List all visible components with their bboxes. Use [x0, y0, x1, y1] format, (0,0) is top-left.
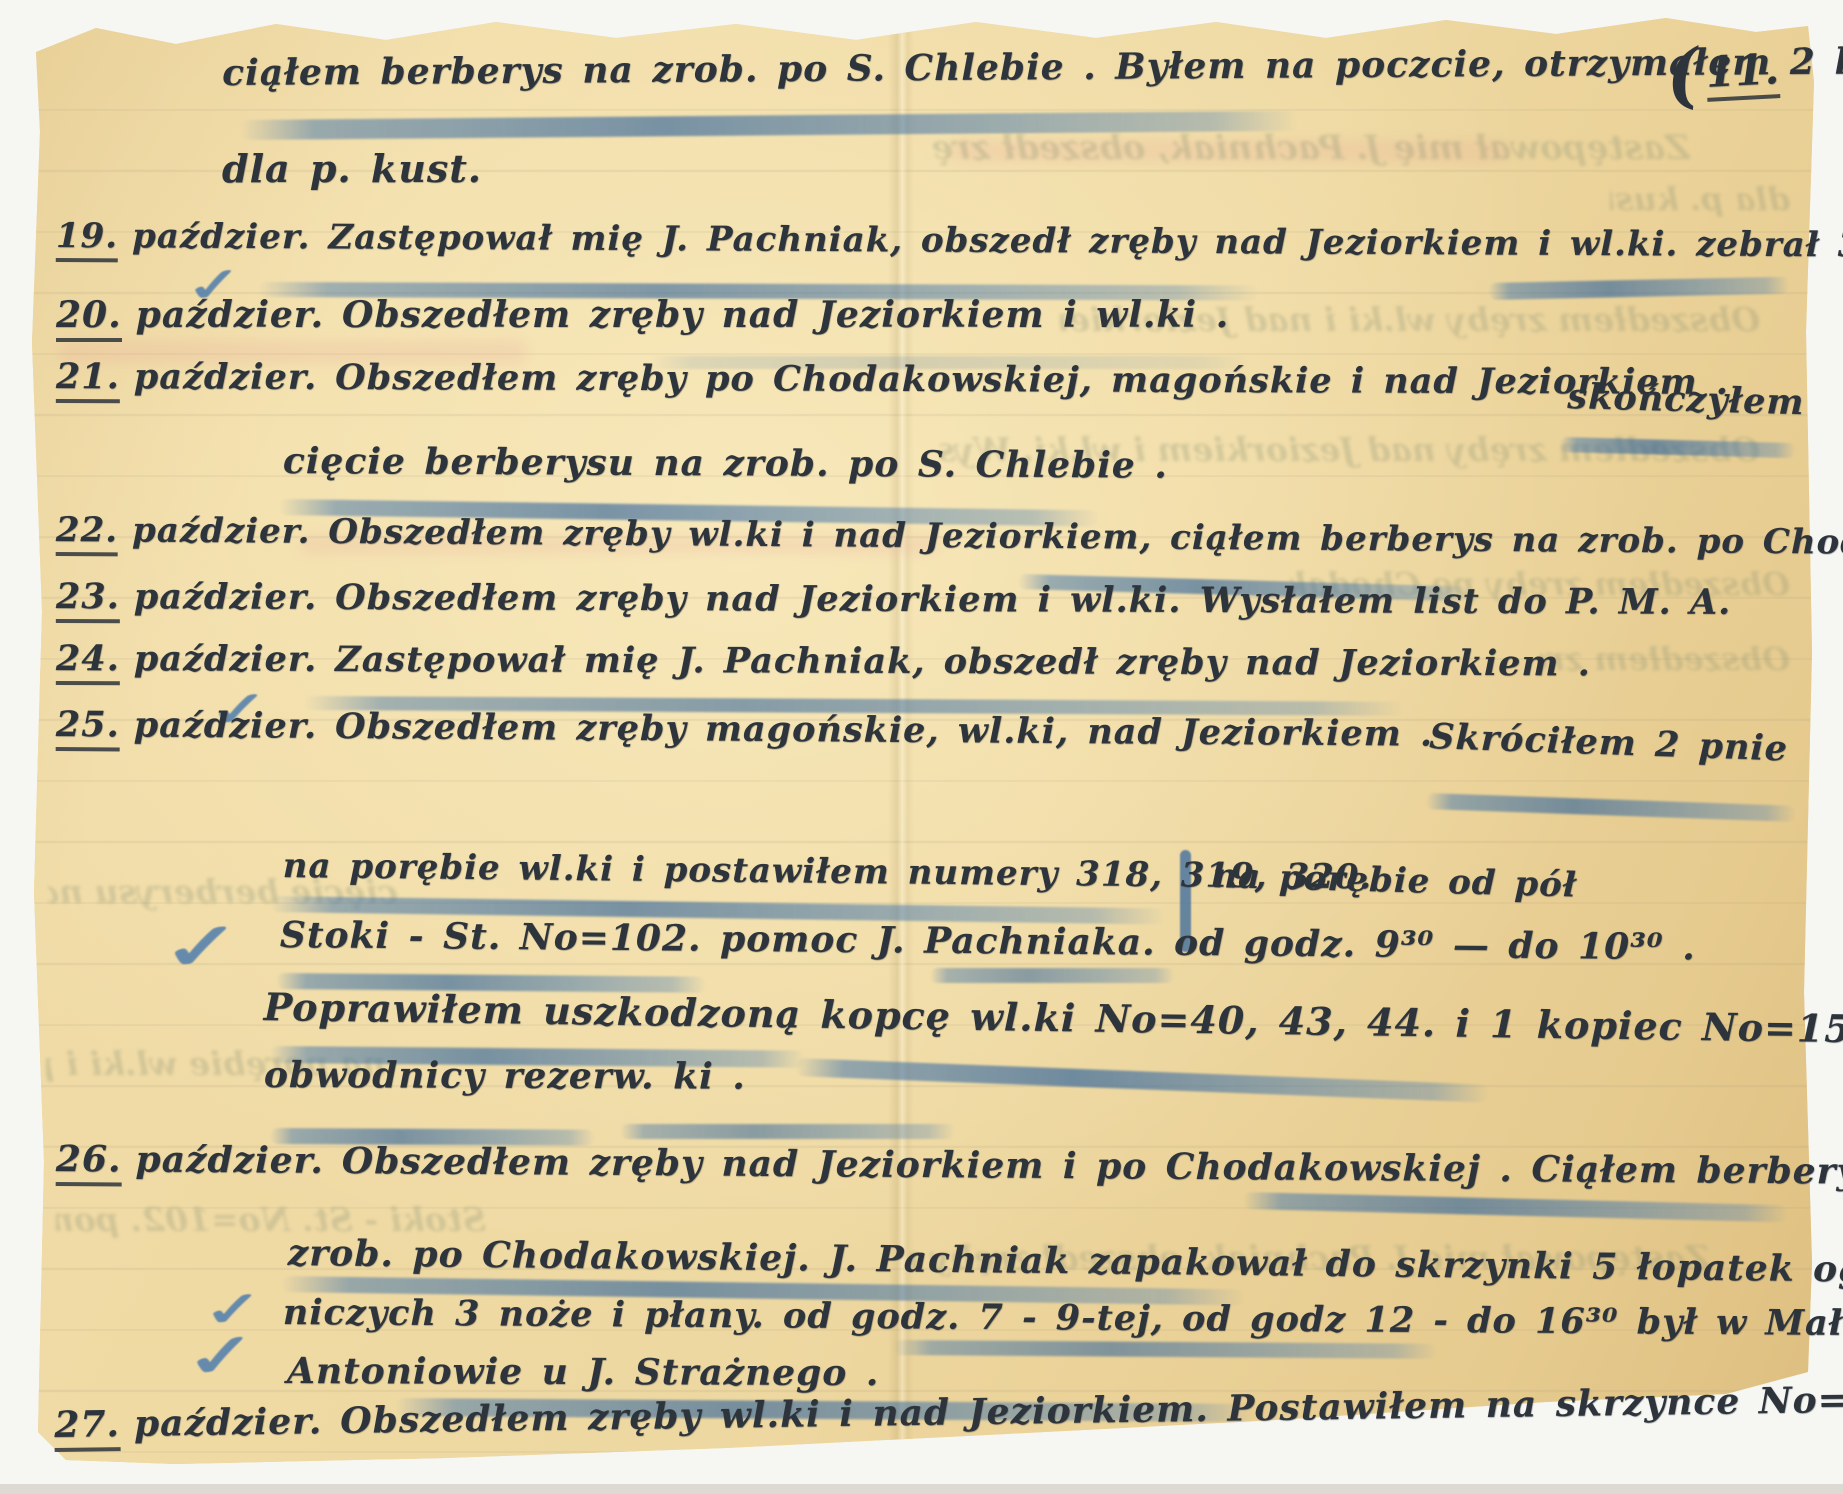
entry-text: Stoki - St. No=102. pomoc J. Pachniaka. …	[280, 914, 1696, 968]
entry-month: paździer.	[134, 1400, 323, 1445]
entry-text: na porębie wl.ki i postawiłem numery 318…	[283, 846, 1373, 897]
entry-day: 22.	[56, 510, 118, 556]
entry-text: Obszedłem zręby wl.ki i nad Jeziorkiem, …	[328, 512, 1843, 564]
entry-text: Obszedłem zręby nad Jeziorkiem i wl.ki. …	[335, 577, 1731, 623]
blue-crayon-underline	[1488, 277, 1790, 300]
entry-text: ciąłem berberys na zrob. po S. Chlebie .…	[222, 40, 1843, 94]
blue-crayon-underline	[240, 111, 1298, 140]
entry-day: 26.	[56, 1138, 122, 1186]
entry-month: paździer.	[132, 511, 311, 552]
journal-line: 25.paździer.Obszedłem zręby magońskie, w…	[56, 704, 1434, 755]
blue-check-mark: ✓	[182, 1324, 260, 1387]
entry-text: dla p. kust.	[222, 146, 482, 191]
entry-text: Obszedłem zręby po Chodakowskiej, magońs…	[335, 357, 1729, 403]
entry-day: 23.	[56, 576, 120, 623]
entry-month: paździer.	[134, 356, 318, 398]
journal-line: Antoniowie u J. Strażnego .	[287, 1350, 880, 1394]
entry-day: 20.	[56, 294, 122, 342]
entry-day: 27.	[54, 1403, 120, 1452]
entry-text: Obszedłem zręby nad Jeziorkiem i wl.ki .	[342, 294, 1229, 336]
journal-line: niczych 3 noże i płany. od godz. 7 - 9-t…	[283, 1292, 1843, 1344]
entry-day: 25.	[56, 704, 120, 751]
entry-text: obwodnicy rezerw. ki .	[264, 1054, 746, 1098]
page-number-value: 11.	[1705, 44, 1781, 102]
entry-text: Obszedłem zręby magońskie, wl.ki, nad Je…	[335, 706, 1433, 755]
scanned-page: Zastępował mię J. Pachniak, obszedł zręb…	[0, 0, 1843, 1494]
journal-line: 24.paździer.Zastępował mię J. Pachniak, …	[56, 638, 1591, 684]
pink-smear	[950, 140, 1510, 162]
blue-crayon-underline	[1426, 793, 1796, 822]
entry-text: Zastępował mię J. Pachniak, obszedł zręb…	[328, 217, 1843, 266]
blue-crayon-underline	[620, 1124, 955, 1139]
entry-day: 19.	[56, 216, 118, 262]
entry-text: Obszedłem zręby nad Jeziorkiem i po Chod…	[342, 1140, 1843, 1193]
blue-crayon-underline	[893, 1340, 1438, 1359]
journal-line: 21.paździer.Obszedłem zręby po Chodakows…	[56, 356, 1729, 403]
entry-text: Zastępował mię J. Pachniak, obszedł zręb…	[335, 639, 1591, 684]
journal-line: Poprawiłem uszkodzoną kopcę wl.ki No=40,…	[263, 984, 1843, 1052]
journal-line: dla p. kust.	[222, 146, 482, 191]
entry-month: paździer.	[134, 705, 318, 747]
entry-text: Poprawiłem uszkodzoną kopcę wl.ki No=40,…	[263, 984, 1843, 1052]
entry-text: Skróciłem 2 pnie	[1429, 716, 1789, 770]
entry-month: paździer.	[134, 576, 318, 618]
bleedthrough-text: Zastępował mię J. Pachniak, obszedł zręb…	[930, 128, 1690, 168]
journal-line: na porębie od pół	[1212, 856, 1577, 906]
blue-crayon-underline	[795, 1058, 1490, 1103]
blue-crayon-underline	[1560, 437, 1796, 458]
journal-line: 20.paździer.Obszedłem zręby nad Jeziorki…	[56, 294, 1229, 336]
entry-text: cięcie berberysu na zrob. po S. Chlebie …	[283, 440, 1168, 487]
entry-day: 24.	[56, 638, 120, 685]
journal-line: 23.paździer.Obszedłem zręby nad Jeziorki…	[56, 576, 1732, 623]
journal-line: 19.paździer.Zastępował mię J. Pachniak, …	[56, 216, 1843, 267]
journal-line: Skróciłem 2 pnie	[1429, 716, 1789, 770]
bleedthrough-text: dla p. kust.	[1610, 180, 1790, 218]
journal-line: ciąłem berberys na zrob. po S. Chlebie .…	[222, 40, 1843, 94]
blue-crayon-underline	[930, 968, 1175, 983]
handwriting-layer: Zastępował mię J. Pachniak, obszedł zręb…	[0, 0, 1843, 1494]
journal-line: skończyłem	[1567, 376, 1805, 423]
entry-text: na porębie od pół	[1212, 856, 1577, 906]
journal-line: 26.paździer.Obszedłem zręby nad Jeziorki…	[56, 1138, 1843, 1193]
entry-text: niczych 3 noże i płany. od godz. 7 - 9-t…	[283, 1292, 1843, 1344]
entry-month: paździer.	[135, 1139, 324, 1182]
journal-line: na porębie wl.ki i postawiłem numery 318…	[283, 846, 1373, 897]
journal-line: obwodnicy rezerw. ki .	[264, 1054, 746, 1098]
blue-crayon-underline	[1243, 1192, 1788, 1222]
entry-text: skończyłem	[1567, 376, 1805, 423]
entry-month: paździer.	[136, 294, 324, 336]
journal-line: 22.paździer.Obszedłem zręby wl.ki i nad …	[56, 510, 1843, 564]
blue-check-mark: ✓	[160, 913, 245, 980]
journal-line: cięcie berberysu na zrob. po S. Chlebie …	[283, 440, 1168, 487]
entry-month: paździer.	[132, 216, 311, 257]
entry-text: Antoniowie u J. Strażnego .	[287, 1350, 880, 1394]
page-number: 11.	[1706, 46, 1779, 100]
entry-day: 21.	[56, 356, 120, 403]
entry-month: paździer.	[134, 638, 318, 680]
journal-line: Stoki - St. No=102. pomoc J. Pachniaka. …	[280, 914, 1696, 968]
